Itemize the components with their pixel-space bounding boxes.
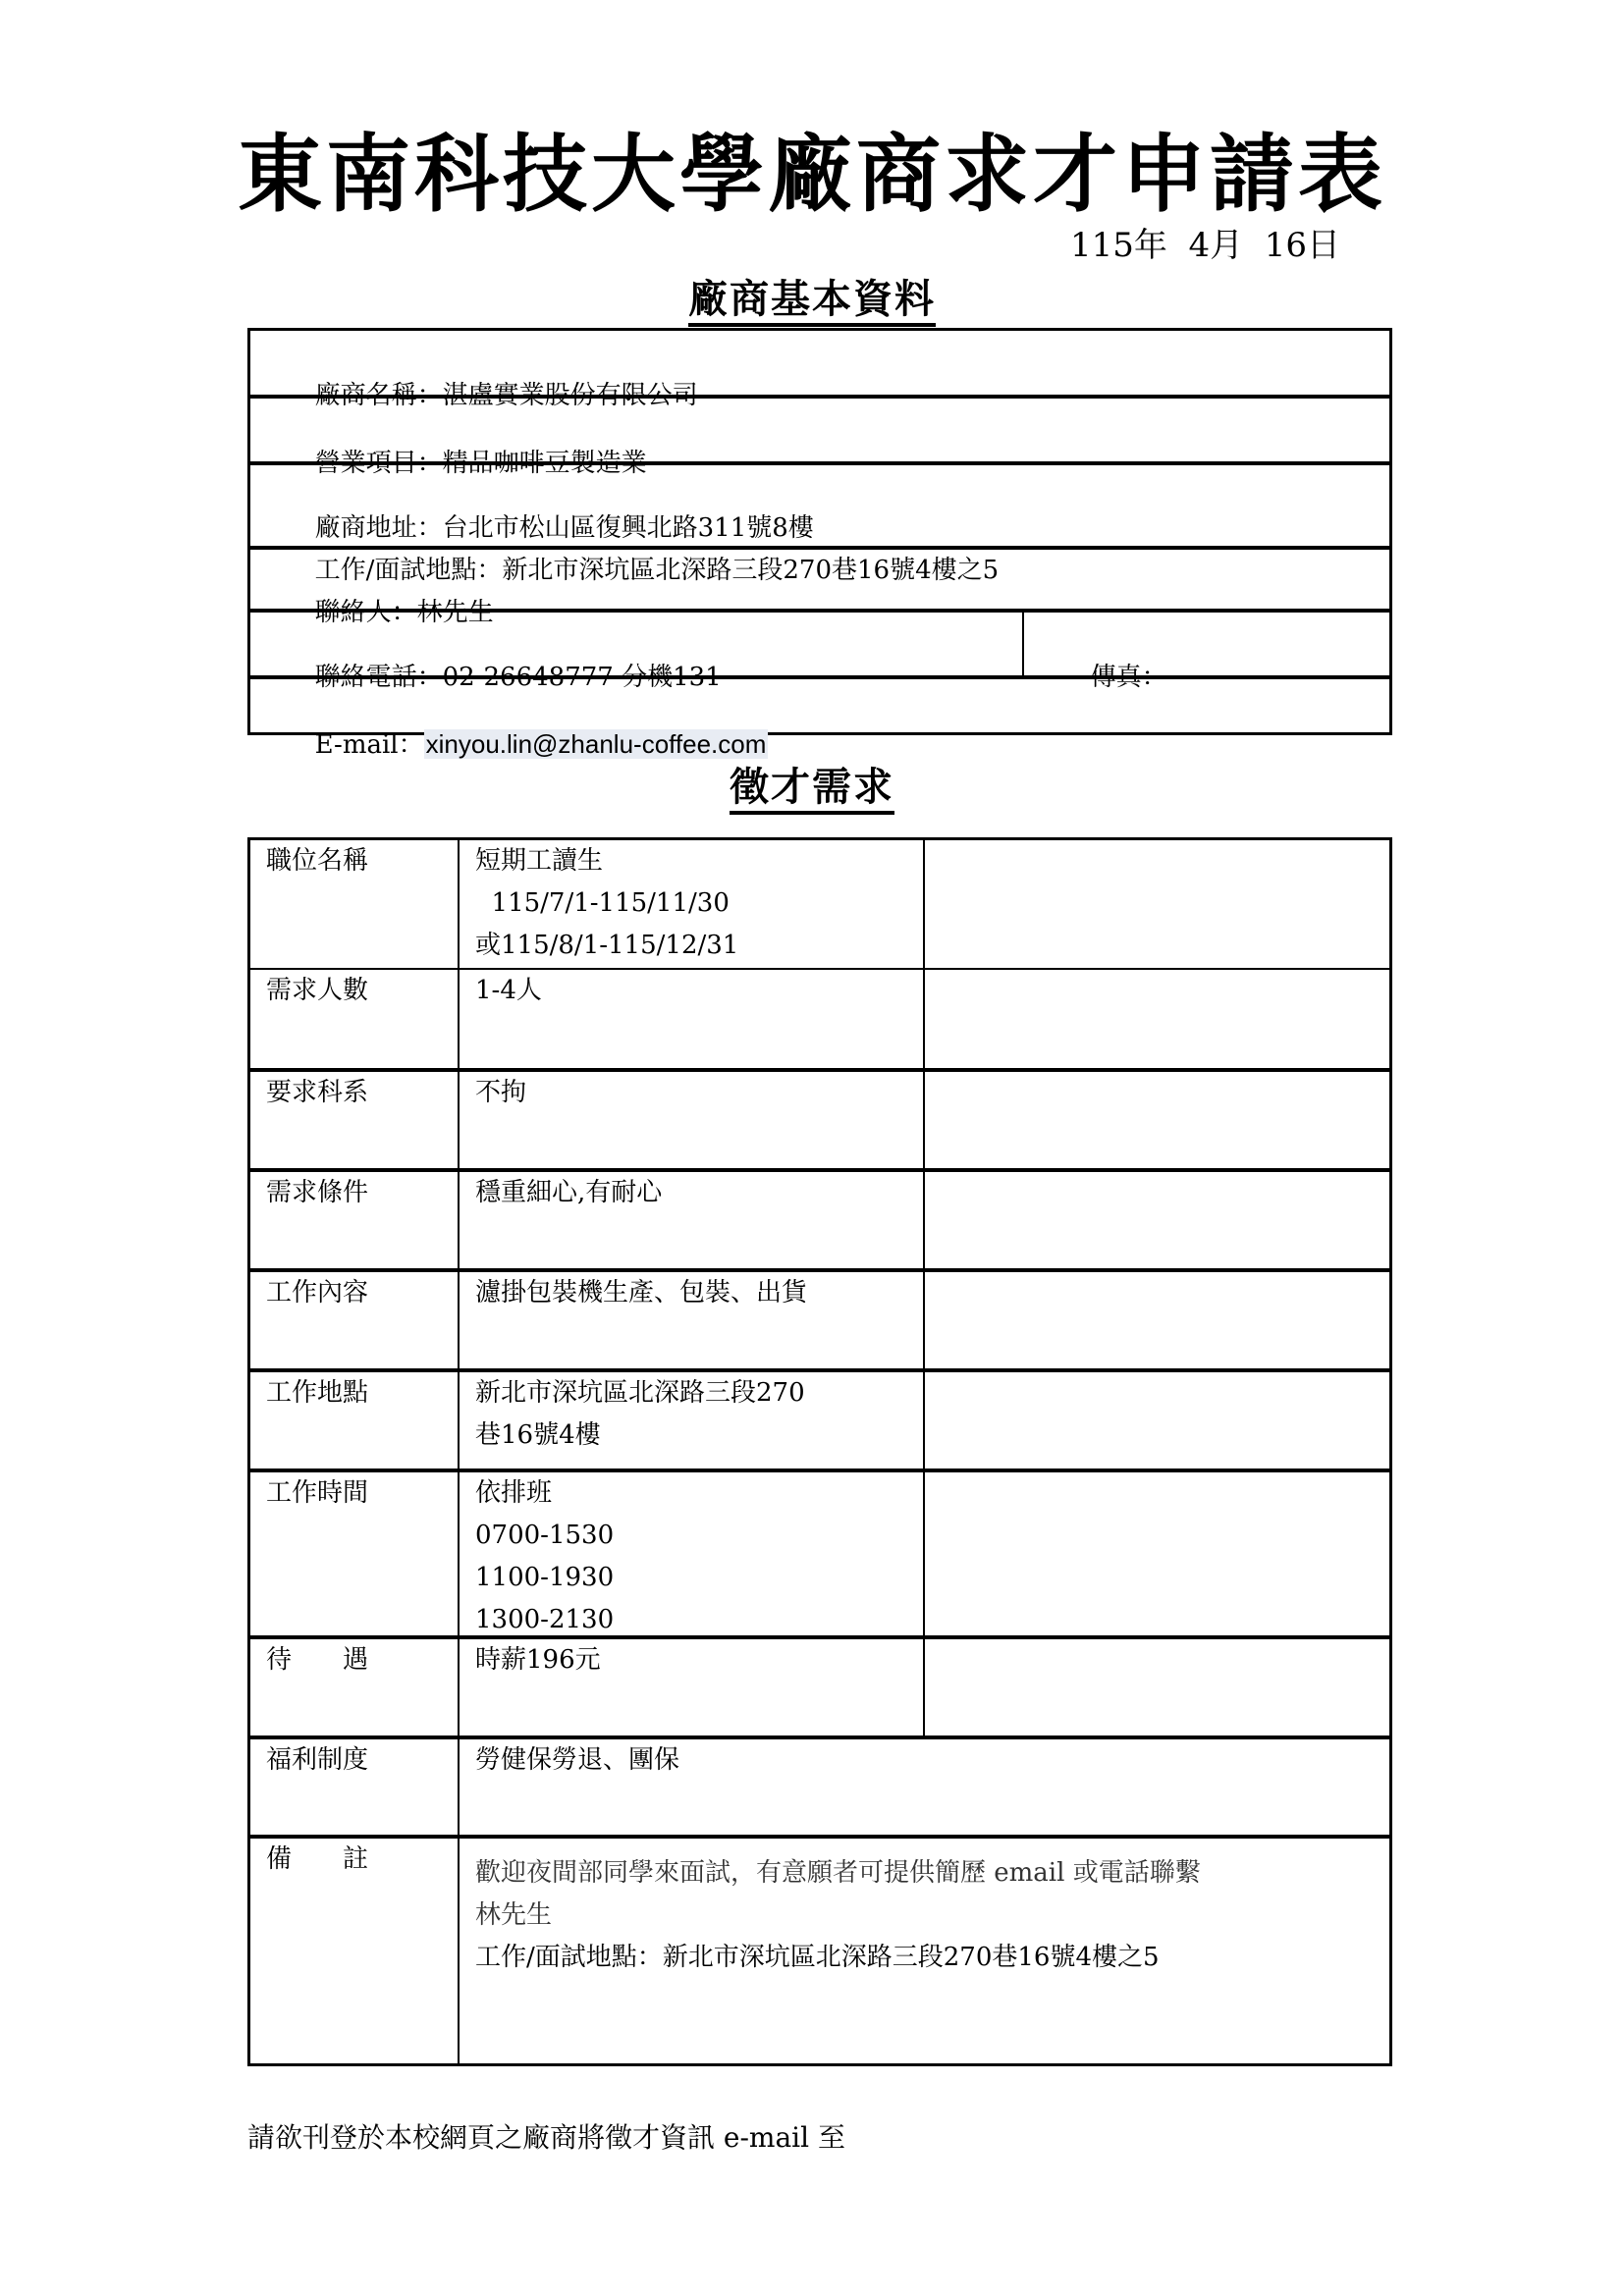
row-value-line: 0700-1530 xyxy=(475,1515,614,1557)
page-title: 東南科技大學廠商求才申請表 xyxy=(0,126,1624,224)
row-label: 待 遇 xyxy=(266,1639,368,1682)
row-value-line: 巷16號4樓 xyxy=(475,1415,601,1457)
col-divider xyxy=(923,1072,925,1168)
col-divider xyxy=(458,1272,460,1368)
table-row-department: 要求科系 不拘 xyxy=(250,1068,1389,1168)
phone-fax-divider xyxy=(1022,613,1024,675)
table-row-location: 工作地點 新北市深坑區北深路三段270 巷16號4樓 xyxy=(250,1368,1389,1468)
col-divider xyxy=(458,1839,460,2063)
row-value-line: 新北市深坑區北深路三段270 xyxy=(475,1372,805,1415)
col-divider xyxy=(923,840,925,968)
table-row-salary: 待 遇 時薪196元 xyxy=(250,1635,1389,1735)
col-divider xyxy=(458,1172,460,1268)
row-value-line: 1100-1930 xyxy=(475,1557,614,1599)
row-value-line: 依排班 xyxy=(475,1472,552,1515)
col-divider xyxy=(458,1372,460,1468)
table-row-job-content: 工作內容 濾掛包裝機生產、包裝、出貨 xyxy=(250,1268,1389,1368)
address-row: 廠商地址：台北市松山區復興北路311號8樓 工作/面試地點：新北市深坑區北深路三… xyxy=(250,461,1389,546)
col-divider xyxy=(458,1639,460,1735)
email-row: E-mail：xinyou.lin@zhanlu-coffee.com xyxy=(250,675,1389,732)
table-row-requirements: 需求條件 穩重細心,有耐心 xyxy=(250,1168,1389,1268)
col-divider xyxy=(923,970,925,1068)
row-label: 需求條件 xyxy=(266,1172,368,1214)
table-row-remarks: 備 註 歡迎夜間部同學來面試，有意願者可提供簡歷 email 或電話聯繫 林先生… xyxy=(250,1835,1389,2063)
col-divider xyxy=(458,1472,460,1635)
row-label: 需求人數 xyxy=(266,970,368,1012)
remark-line: 歡迎夜間部同學來面試，有意願者可提供簡歷 email 或電話聯繫 xyxy=(475,1852,1201,1895)
email-label: E-mail： xyxy=(315,730,424,760)
recruitment-table: 職位名稱 短期工讀生 115/7/1-115/11/30 或115/8/1-11… xyxy=(247,837,1392,2066)
remark-line: 林先生 xyxy=(475,1895,552,1937)
table-row-headcount: 需求人數 1-4人 xyxy=(250,968,1389,1068)
row-value-line: 勞健保勞退、團保 xyxy=(475,1739,679,1782)
company-info-heading: 廠商基本資料 xyxy=(0,275,1624,324)
col-divider xyxy=(923,1172,925,1268)
row-label: 要求科系 xyxy=(266,1072,368,1114)
row-label: 職位名稱 xyxy=(266,840,368,882)
footer-note: 請欲刊登於本校網頁之廠商將徵才資訊 e-mail 至 xyxy=(247,2116,845,2160)
row-value-line: 115/7/1-115/11/30 xyxy=(475,882,730,925)
col-divider xyxy=(923,1639,925,1735)
row-value-line: 濾掛包裝機生產、包裝、出貨 xyxy=(475,1272,807,1314)
contact-row: 聯絡人：林先生 xyxy=(250,546,1389,609)
col-divider xyxy=(458,840,460,968)
col-divider xyxy=(458,1739,460,1835)
col-divider xyxy=(458,970,460,1068)
row-label: 工作內容 xyxy=(266,1272,368,1314)
col-divider xyxy=(923,1272,925,1368)
business-row: 營業項目：精品咖啡豆製造業 xyxy=(250,395,1389,461)
recruitment-heading-text: 徵才需求 xyxy=(730,764,894,815)
row-label: 福利制度 xyxy=(266,1739,368,1782)
table-row-hours: 工作時間 依排班 0700-1530 1100-1930 1300-2130 xyxy=(250,1468,1389,1635)
email-link[interactable]: xinyou.lin@zhanlu-coffee.com xyxy=(424,729,769,759)
row-value-line: 或115/8/1-115/12/31 xyxy=(475,925,738,967)
table-row-job-title: 職位名稱 短期工讀生 115/7/1-115/11/30 或115/8/1-11… xyxy=(250,840,1389,968)
row-label: 工作地點 xyxy=(266,1372,368,1415)
remark-line: 工作/面試地點：新北市深坑區北深路三段270巷16號4樓之5 xyxy=(475,1937,1160,1979)
recruitment-heading: 徵才需求 xyxy=(0,763,1624,812)
phone-fax-row: 聯絡電話：02-26648777 分機131 傳真： xyxy=(250,609,1389,675)
row-label: 備 註 xyxy=(266,1839,368,1881)
company-name-row: 廠商名稱：湛盧實業股份有限公司 xyxy=(250,331,1389,395)
company-info-table: 廠商名稱：湛盧實業股份有限公司 營業項目：精品咖啡豆製造業 廠商地址：台北市松山… xyxy=(247,328,1392,735)
form-date: 115年 4月 16日 xyxy=(1070,224,1340,267)
col-divider xyxy=(458,1072,460,1168)
col-divider xyxy=(923,1472,925,1635)
company-info-heading-text: 廠商基本資料 xyxy=(688,276,936,327)
row-label: 工作時間 xyxy=(266,1472,368,1515)
table-row-benefits: 福利制度 勞健保勞退、團保 xyxy=(250,1735,1389,1835)
row-value-line: 短期工讀生 xyxy=(475,840,603,882)
col-divider xyxy=(923,1372,925,1468)
row-value-line: 不拘 xyxy=(475,1072,526,1114)
row-value-line: 時薪196元 xyxy=(475,1639,601,1682)
row-value-line: 1-4人 xyxy=(475,970,542,1012)
row-value-line: 穩重細心,有耐心 xyxy=(475,1172,662,1214)
